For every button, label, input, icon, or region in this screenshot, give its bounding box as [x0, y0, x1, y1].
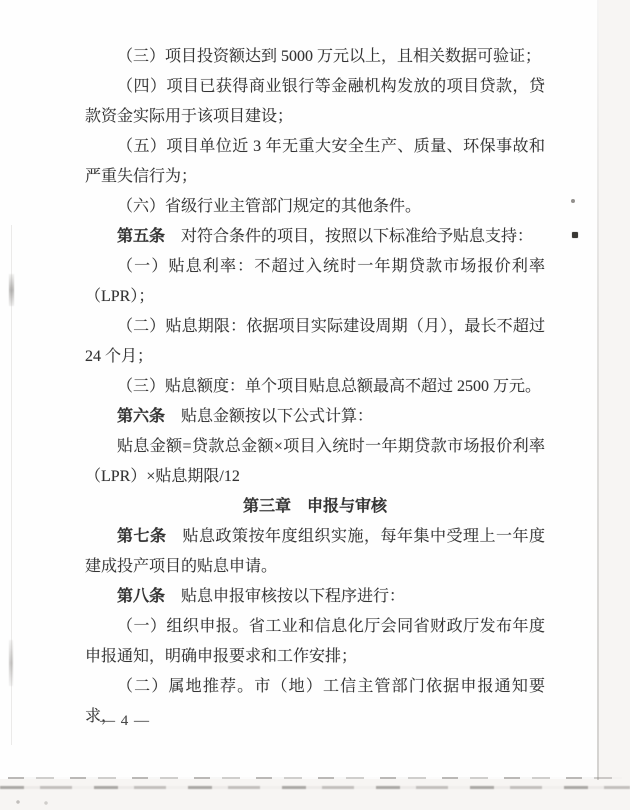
- clause-paragraph: （三）贴息额度：单个项目贴息总额最高不超过 2500 万元。: [85, 372, 545, 402]
- clause-text: （五）项目单位近 3 年无重大安全生产、质量、环保事故和严重失信行为；: [85, 138, 545, 185]
- clause-paragraph: （六）省级行业主管部门规定的其他条件。: [85, 192, 545, 222]
- scan-noise: [12, 799, 56, 805]
- clause-text: 贴息金额=贷款总金额×项目入统时一年期贷款市场报价利率（LPR）×贴息期限/12: [85, 438, 545, 485]
- clause-text: （三）贴息额度：单个项目贴息总额最高不超过 2500 万元。: [117, 378, 541, 395]
- clause-text: 贴息申报审核按以下程序进行：: [181, 588, 405, 605]
- article-number: 第六条: [117, 408, 165, 425]
- chapter-heading: 第三章 申报与审核: [85, 492, 545, 522]
- scan-background: （三）项目投资额达到 5000 万元以上，且相关数据可验证；（四）项目已获得商业…: [0, 0, 630, 810]
- clause-paragraph: （四）项目已获得商业银行等金融机构发放的项目贷款，贷款资金实际用于该项目建设；: [85, 72, 545, 132]
- clause-paragraph: （一）组织申报。省工业和信息化厅会同省财政厅发布年度申报通知，明确申报要求和工作…: [85, 612, 545, 672]
- clause-text: （三）项目投资额达到 5000 万元以上，且相关数据可验证；: [117, 48, 541, 65]
- document-body: （三）项目投资额达到 5000 万元以上，且相关数据可验证；（四）项目已获得商业…: [85, 42, 545, 732]
- chapter-heading-text: 第三章 申报与审核: [243, 498, 387, 515]
- clause-paragraph: （二）属地推荐。市（地）工信主管部门依据申报通知要求，: [85, 672, 545, 732]
- paper-bottom-edge: [0, 786, 630, 789]
- clause-text: （一）贴息利率：不超过入统时一年期贷款市场报价利率（LPR）；: [85, 258, 545, 305]
- clause-paragraph: （五）项目单位近 3 年无重大安全生产、质量、环保事故和严重失信行为；: [85, 132, 545, 192]
- clause-text: （四）项目已获得商业银行等金融机构发放的项目贷款，贷款资金实际用于该项目建设；: [85, 78, 545, 125]
- article-number: 第五条: [117, 228, 165, 245]
- clause-paragraph: 第六条贴息金额按以下公式计算：: [85, 402, 545, 432]
- clause-paragraph: 贴息金额=贷款总金额×项目入统时一年期贷款市场报价利率（LPR）×贴息期限/12: [85, 432, 545, 492]
- clause-text: 对符合条件的项目，按照以下标准给予贴息支持：: [181, 228, 533, 245]
- clause-text: （二）贴息期限：依据项目实际建设周期（月），最长不超过 24 个月；: [85, 318, 545, 365]
- clause-paragraph: 第五条对符合条件的项目，按照以下标准给予贴息支持：: [85, 222, 545, 252]
- clause-paragraph: 第八条贴息申报审核按以下程序进行：: [85, 582, 545, 612]
- document-page: （三）项目投资额达到 5000 万元以上，且相关数据可验证；（四）项目已获得商业…: [0, 0, 599, 779]
- clause-paragraph: （三）项目投资额达到 5000 万元以上，且相关数据可验证；: [85, 42, 545, 72]
- article-number: 第八条: [117, 588, 165, 605]
- clause-paragraph: 第七条贴息政策按年度组织实施，每年集中受理上一年度建成投产项目的贴息申请。: [85, 522, 545, 582]
- clause-paragraph: （二）贴息期限：依据项目实际建设周期（月），最长不超过 24 个月；: [85, 312, 545, 372]
- clause-text: （一）组织申报。省工业和信息化厅会同省财政厅发布年度申报通知，明确申报要求和工作…: [85, 618, 545, 665]
- clause-paragraph: （一）贴息利率：不超过入统时一年期贷款市场报价利率（LPR）；: [85, 252, 545, 312]
- clause-text: 贴息金额按以下公式计算：: [181, 408, 373, 425]
- article-number: 第七条: [117, 528, 167, 545]
- page-number: — 4 —: [100, 710, 150, 732]
- clause-text: （六）省级行业主管部门规定的其他条件。: [117, 198, 421, 215]
- clause-text: （二）属地推荐。市（地）工信主管部门依据申报通知要求，: [85, 678, 545, 725]
